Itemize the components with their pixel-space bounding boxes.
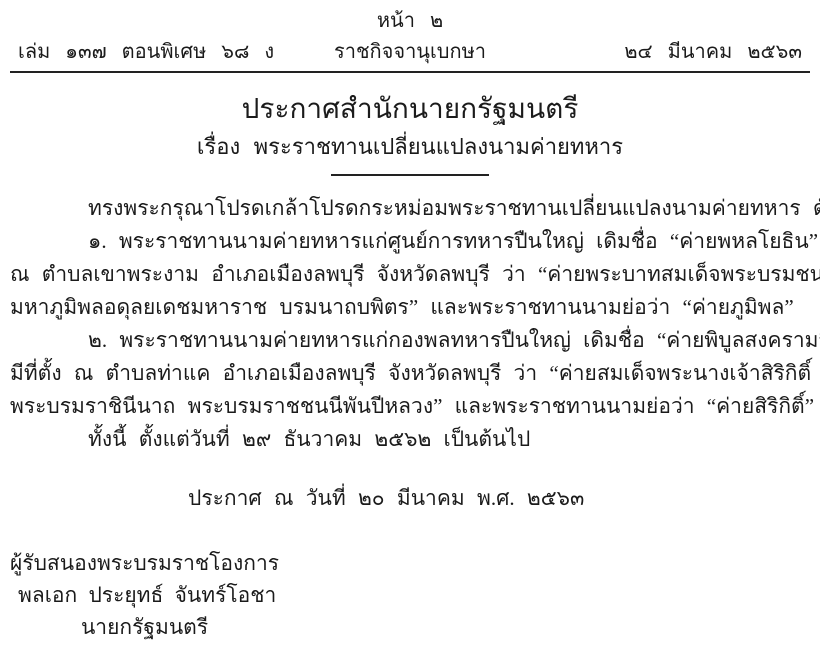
title-divider xyxy=(331,174,489,176)
announcement-body: ทรงพระกรุณาโปรดเกล้าโปรดกระหม่อมพระราชทา… xyxy=(10,192,810,456)
issue-date: ๒๔ มีนาคม ๒๕๖๓ xyxy=(624,39,802,65)
announcement-subject: เรื่อง พระราชทานเปลี่ยนแปลงนามค่ายทหาร xyxy=(10,132,810,162)
body-line: ๒. พระราชทานนามค่ายทหารแก่กองพลทหารปืนให… xyxy=(10,324,810,357)
countersign-position: นายกรัฐมนตรี xyxy=(10,611,279,643)
announcement-title: ประกาศสำนักนายกรัฐมนตรี xyxy=(10,91,810,129)
countersign-name: พลเอก ประยุทธ์ จันทร์โอชา xyxy=(10,579,279,611)
body-line: มีที่ตั้ง ณ ตำบลท่าแค อำเภอเมืองลพบุรี จ… xyxy=(10,357,810,390)
body-line: ทรงพระกรุณาโปรดเกล้าโปรดกระหม่อมพระราชทา… xyxy=(10,192,810,225)
body-line: ณ ตำบลเขาพระงาม อำเภอเมืองลพบุรี จังหวัด… xyxy=(10,258,810,291)
promulgation-line: ประกาศ ณ วันที่ ๒๐ มีนาคม พ.ศ. ๒๕๖๓ xyxy=(10,482,810,515)
body-line: พระบรมราชินีนาถ พระบรมราชชนนีพันปีหลวง” … xyxy=(10,390,810,423)
body-line: มหาภูมิพลอดุลยเดชมหาราช บรมนาถบพิตร” และ… xyxy=(10,291,810,324)
body-line: ทั้งนี้ ตั้งแต่วันที่ ๒๙ ธันวาคม ๒๕๖๒ เป… xyxy=(10,423,810,456)
countersign-role: ผู้รับสนองพระบรมราชโองการ xyxy=(10,547,279,579)
gazette-header: เล่ม ๑๓๗ ตอนพิเศษ ๖๘ ง ราชกิจจานุเบกษา ๒… xyxy=(10,39,810,65)
countersignature-block: ผู้รับสนองพระบรมราชโองการ พลเอก ประยุทธ์… xyxy=(10,547,279,643)
gazette-page: หน้า ๒ เล่ม ๑๓๗ ตอนพิเศษ ๖๘ ง ราชกิจจานุ… xyxy=(0,0,820,651)
header-rule xyxy=(10,71,810,73)
gazette-name: ราชกิจจานุเบกษา xyxy=(334,39,486,65)
body-line: ๑. พระราชทานนามค่ายทหารแก่ศูนย์การทหารปื… xyxy=(10,225,810,258)
page-number: หน้า ๒ xyxy=(10,8,810,34)
volume-info: เล่ม ๑๓๗ ตอนพิเศษ ๖๘ ง xyxy=(18,39,274,65)
